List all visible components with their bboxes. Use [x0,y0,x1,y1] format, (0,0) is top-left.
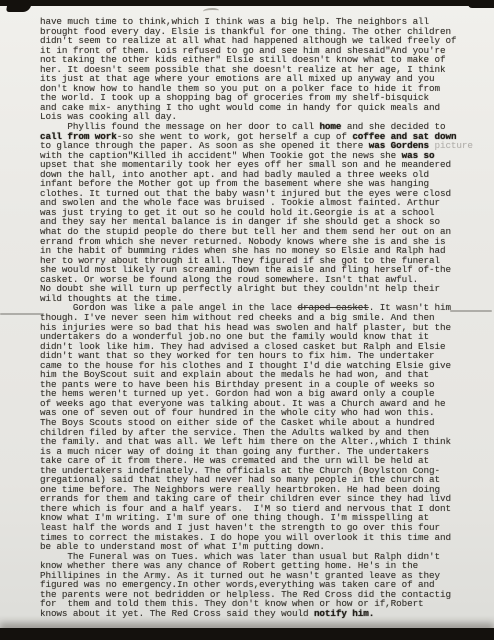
text-segment: knows about it yet. The Red Cross said t… [40,608,314,619]
pencil-smudge [203,8,219,14]
scan-corner-mark-left [6,0,32,12]
scanned-letter-page: have much time to think,which I think wa… [0,0,494,640]
text-line: knows about it yet. The Red Cross said t… [40,609,488,619]
text-segment: picture [435,140,473,151]
scan-edge-top [0,0,494,6]
text-segment: notify him. [314,608,374,619]
letter-body: have much time to think,which I think wa… [40,17,488,618]
scan-edge-bottom [0,628,494,640]
scan-corner-mark-right [468,0,494,8]
pencil-mark-left [0,313,44,315]
